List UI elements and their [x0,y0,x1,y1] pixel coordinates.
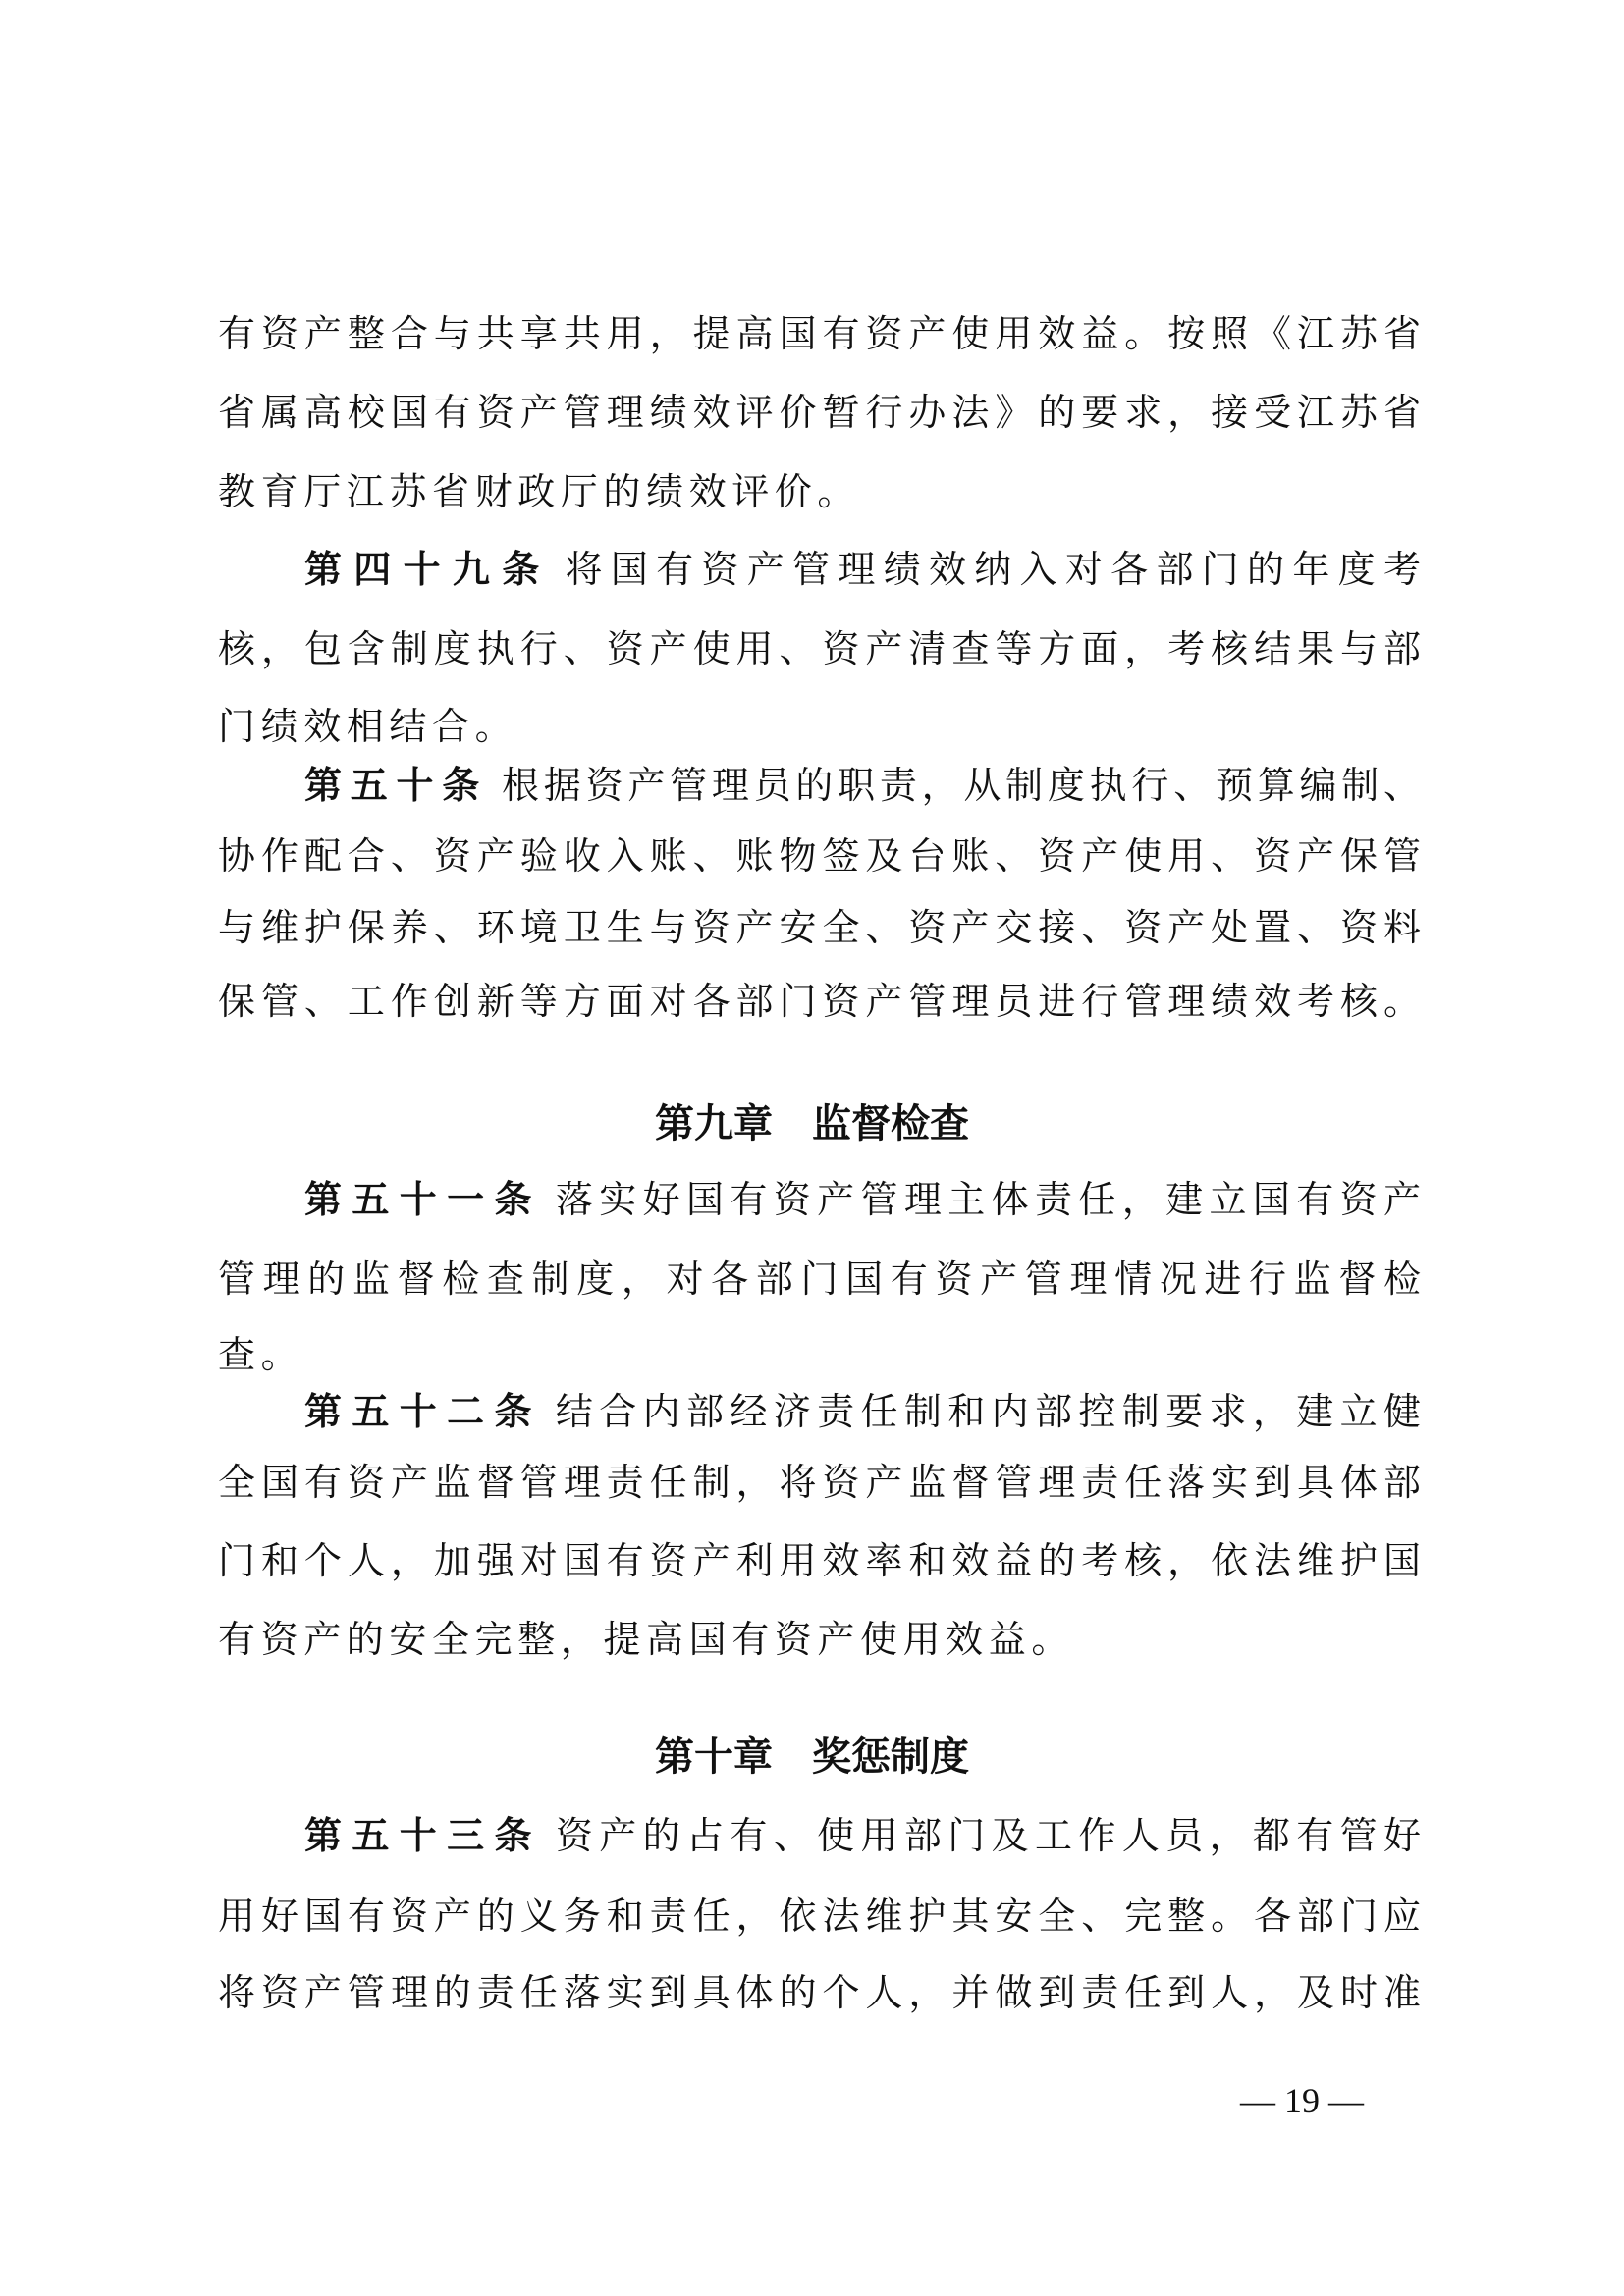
article-number: 第五十条 [304,764,488,807]
text-line: 查。 [218,1331,1421,1378]
article-first-line: 第四十九条将​国​有​资​产​管​理​绩​效​纳​入​对​各​部​门​的​年​度… [304,546,1421,593]
article-text: 结​合​内​部​经​济​责​任​制​和​内​部​控​制​要​求​，​建​立​健 [556,1390,1421,1433]
text-line: 门​和​个​人​，​加​强​对​国​有​资​产​利​用​效​率​和​效​益​的​… [218,1537,1421,1584]
article-first-line: 第五十一条落​实​好​国​有​资​产​管​理​主​体​责​任​，​建​立​国​有… [304,1176,1421,1223]
text-line: 省​属​高​校​国​有​资​产​管​理​绩​效​评​价​暂​行​办​法​》​的​… [218,389,1421,436]
text-line: 教育厅江苏省财政厅的绩效评价。 [218,468,1421,515]
article-text: 将​国​有​资​产​管​理​绩​效​纳​入​对​各​部​门​的​年​度​考 [566,548,1421,591]
text-line: 有​资​产​整​合​与​共​享​共​用​，​提​高​国​有​资​产​使​用​效​… [218,310,1421,357]
text-line: 门绩效相结合。 [218,703,1421,750]
text-line: 将​资​产​管​理​的​责​任​落​实​到​具​体​的​个​人​，​并​做​到​… [218,1969,1421,2016]
article-text: 根​据​资​产​管​理​员​的​职​责​，​从​制​度​执​行​、​预​算​编​… [502,764,1421,807]
text-line: 全​国​有​资​产​监​督​管​理​责​任​制​，​将​资​产​监​督​管​理​… [218,1459,1421,1506]
article-first-line: 第五十三条资​产​的​占​有​、​使​用​部​门​及​工​作​人​员​，​都​有… [304,1812,1421,1859]
text-line: 协​作​配​合​、​资​产​验​收​入​账​、​账​物​签​及​台​账​、​资​… [218,832,1421,880]
article-first-line: 第五十二条结​合​内​部​经​济​责​任​制​和​内​部​控​制​要​求​，​建… [304,1388,1421,1435]
text-line: 管​理​的​监​督​检​查​制​度​，​对​各​部​门​国​有​资​产​管​理​… [218,1255,1421,1303]
chapter-heading: 第九章 监督检查 [0,1100,1624,1148]
article-first-line: 第五十条根​据​资​产​管​理​员​的​职​责​，​从​制​度​执​行​、​预​… [304,762,1421,809]
article-text: 资​产​的​占​有​、​使​用​部​门​及​工​作​人​员​，​都​有​管​好 [556,1814,1421,1857]
article-number: 第四十九条 [304,548,552,591]
page-number: — 19 — [1223,2079,1380,2122]
text-line: 核​，​包​含​制​度​执​行​、​资​产​使​用​、​资​产​清​查​等​方​… [218,625,1421,672]
chapter-heading: 第十章 奖惩制度 [0,1734,1624,1781]
text-line: 有资产的安全完整，提高国有资产使用效益。 [218,1616,1421,1663]
article-number: 第五十一条 [304,1178,542,1221]
document-page: 有​资​产​整​合​与​共​享​共​用​，​提​高​国​有​资​产​使​用​效​… [0,0,1624,2296]
text-line: 与​维​护​保​养​、​环​境​卫​生​与​资​产​安​全​、​资​产​交​接​… [218,904,1421,951]
article-number: 第五十三条 [304,1814,542,1857]
article-number: 第五十二条 [304,1390,542,1433]
text-line: 用​好​国​有​资​产​的​义​务​和​责​任​，​依​法​维​护​其​安​全​… [218,1893,1421,1940]
text-line: 保​管​、​工​作​创​新​等​方​面​对​各​部​门​资​产​管​理​员​进​… [218,978,1421,1025]
article-text: 落​实​好​国​有​资​产​管​理​主​体​责​任​，​建​立​国​有​资​产 [556,1178,1421,1221]
